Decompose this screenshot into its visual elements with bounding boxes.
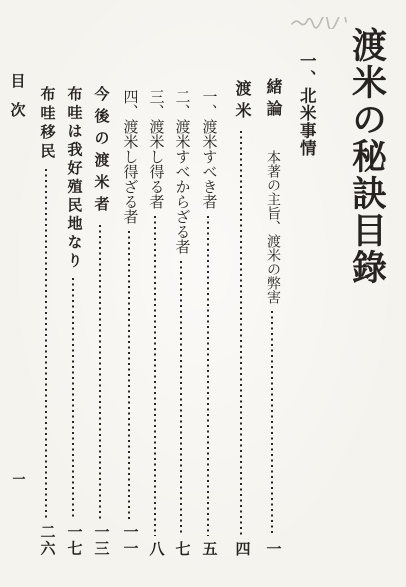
running-head-text: 目次 bbox=[9, 73, 24, 131]
toc-entry: 渡米 四 bbox=[228, 80, 254, 557]
toc-entry-text: 布哇移民 bbox=[39, 86, 54, 162]
dotted-leader bbox=[240, 131, 242, 536]
dotted-leader bbox=[271, 311, 273, 536]
dotted-leader bbox=[99, 225, 101, 519]
section-heading: 緒論 bbox=[264, 78, 280, 122]
toc-entry-page: 四 bbox=[234, 541, 249, 558]
toc-entry: 四、渡米し得ざる者 一一 bbox=[116, 89, 142, 557]
toc-entry: 緒論 本著の主旨、渡米の弊害 一 bbox=[258, 78, 286, 557]
toc-entry: 布哇移民 二六 bbox=[33, 86, 59, 557]
dotted-leader bbox=[180, 261, 182, 536]
dotted-leader bbox=[154, 216, 156, 536]
toc-entry: 一、渡米すべき者 五 bbox=[195, 89, 221, 557]
toc-entry-page: 一三 bbox=[93, 524, 108, 557]
dotted-leader bbox=[72, 278, 74, 519]
toc-entry-text: 二、渡米すべからざる者 bbox=[174, 89, 189, 254]
toc-entry: 布哇は我好殖民地なり 一七 bbox=[60, 86, 86, 557]
folio-number: 一 bbox=[8, 472, 28, 485]
book-title: 渡米の秘訣目錄 bbox=[338, 27, 396, 286]
toc-entry: 三、渡米し得る者 八 bbox=[142, 89, 168, 557]
dotted-leader bbox=[207, 216, 209, 536]
chapter-heading: 一、北米事情 bbox=[292, 52, 320, 157]
toc-entry-page: 一 bbox=[265, 541, 280, 558]
toc-entry: 二、渡米すべからざる者 七 bbox=[168, 89, 194, 557]
toc-entry-text: 四、渡米し得ざる者 bbox=[122, 89, 137, 224]
toc-entry-page: 五 bbox=[201, 541, 216, 558]
dotted-leader bbox=[128, 231, 130, 519]
toc-entry-page: 七 bbox=[174, 541, 189, 558]
book-title-text: 渡米の秘訣目錄 bbox=[350, 27, 385, 286]
toc-entry-page: 一一 bbox=[122, 524, 137, 557]
book-page: 渡米の秘訣目錄 一、北米事情 緒論 本著の主旨、渡米の弊害 一 渡米 四 一、渡… bbox=[0, 0, 406, 587]
toc-entry: 今後の渡米者 一三 bbox=[87, 86, 113, 557]
toc-entry-page: 一七 bbox=[66, 524, 81, 557]
folio-number-text: 一 bbox=[12, 472, 25, 485]
running-head-mokuji: 目次 bbox=[5, 73, 27, 131]
toc-entry-text: 今後の渡米者 bbox=[93, 86, 108, 218]
chapter-heading-text: 一、北米事情 bbox=[298, 52, 315, 157]
toc-entry-page: 二六 bbox=[39, 524, 54, 557]
toc-entry-text: 三、渡米し得る者 bbox=[148, 89, 163, 209]
dotted-leader bbox=[45, 169, 47, 519]
toc-entry-text: 渡米 bbox=[233, 80, 249, 124]
toc-entry-text: 布哇は我好殖民地なり bbox=[66, 86, 81, 271]
toc-entry-text: 本著の主旨、渡米の弊害 bbox=[265, 150, 279, 304]
toc-entry-page: 八 bbox=[148, 541, 163, 558]
toc-entry-text: 一、渡米すべき者 bbox=[201, 89, 216, 209]
